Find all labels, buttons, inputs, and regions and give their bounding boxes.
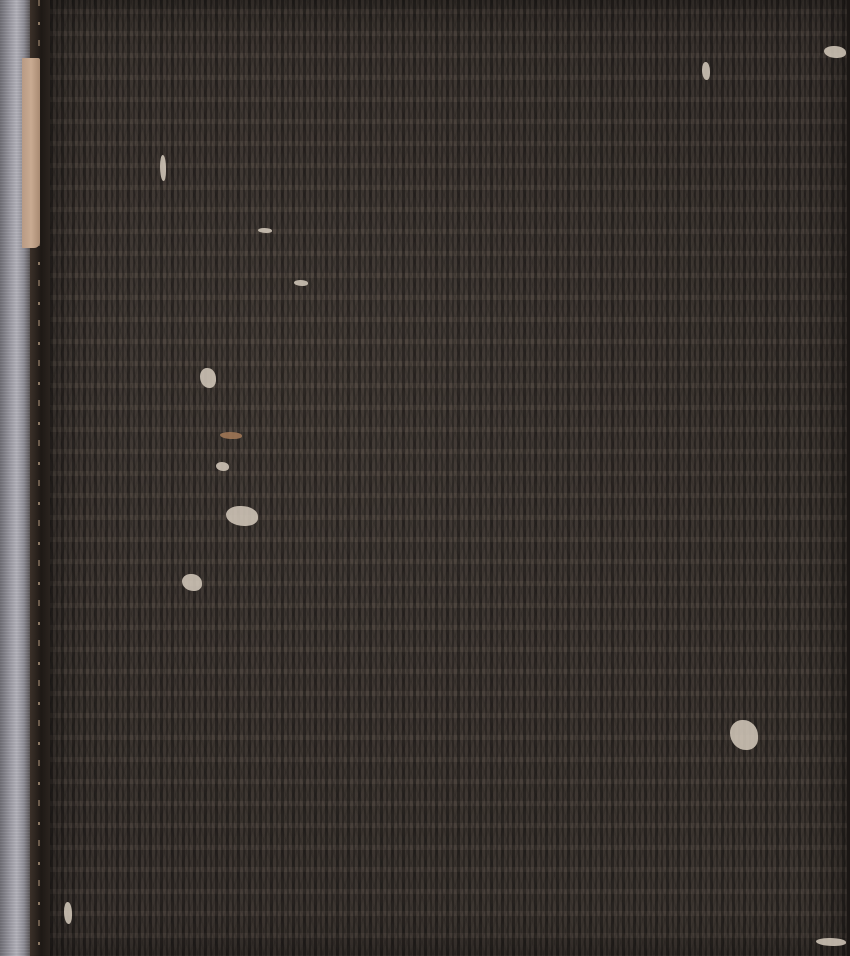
wear-speck	[216, 462, 229, 471]
wear-speck	[702, 62, 710, 80]
wear-speck	[824, 46, 846, 58]
wear-speck	[258, 228, 272, 233]
cloth-cover-texture	[50, 0, 848, 956]
book-cover-photo	[0, 0, 850, 956]
wear-speck	[160, 155, 166, 181]
wear-speck	[64, 902, 72, 924]
wear-speck	[182, 574, 202, 591]
wear-speck	[220, 432, 242, 439]
wear-speck	[200, 368, 216, 388]
spine-paper-label	[22, 58, 40, 248]
wear-speck	[294, 280, 308, 286]
